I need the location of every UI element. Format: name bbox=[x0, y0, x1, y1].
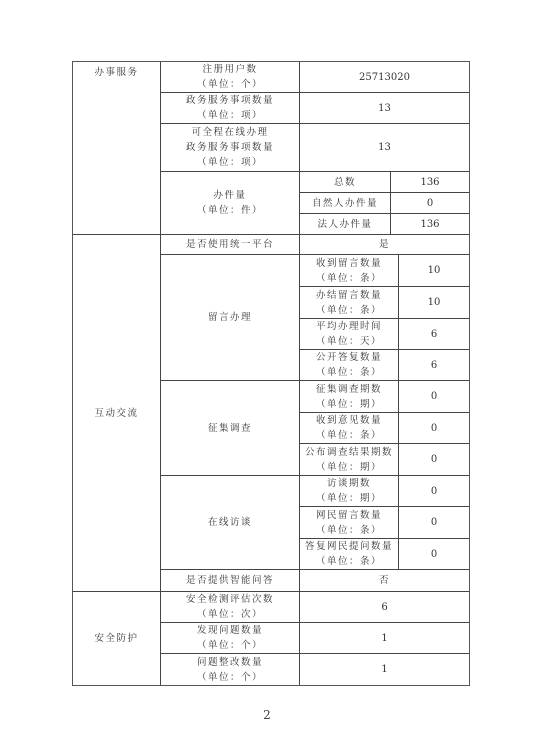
interview-periods-value: 0 bbox=[398, 475, 470, 507]
interview-messages-label: 网民留言数量 （单位：条） bbox=[299, 506, 399, 539]
issues-fixed-value: 1 bbox=[299, 653, 470, 686]
cases-legal-value: 136 bbox=[390, 213, 470, 235]
interview-periods-label: 访谈期数 （单位：期） bbox=[299, 475, 399, 507]
survey-opinions-label: 收到意见数量 （单位：条） bbox=[299, 412, 399, 444]
section-interaction-label: 互动交流 bbox=[72, 234, 161, 592]
survey-results-label: 公布调查结果期数 （单位：期） bbox=[299, 443, 399, 476]
messages-public-value: 6 bbox=[398, 349, 470, 381]
interview-replies-label: 答复网民提问数量 （单位：条） bbox=[299, 538, 399, 570]
survey-periods-value: 0 bbox=[398, 380, 470, 413]
messages-completed-label: 办结留言数量 （单位：条） bbox=[299, 286, 399, 319]
messages-received-value: 10 bbox=[398, 254, 470, 287]
interview-messages-value: 0 bbox=[398, 506, 470, 539]
page-number: 2 bbox=[0, 708, 534, 722]
survey-periods-label: 征集调查期数 （单位：期） bbox=[299, 380, 399, 413]
registered-users-label: 注册用户数 （单位：个） bbox=[160, 61, 300, 93]
unified-platform-value: 是 bbox=[299, 234, 470, 255]
service-items-value: 13 bbox=[299, 92, 470, 124]
messages-public-label: 公开答复数量 （单位：条） bbox=[299, 349, 399, 381]
cases-total-value: 136 bbox=[390, 171, 470, 193]
survey-label: 征集调查 bbox=[160, 380, 300, 476]
messages-label: 留言办理 bbox=[160, 254, 300, 381]
security-checks-label: 安全检测评估次数 （单位：次） bbox=[160, 591, 300, 623]
section-security-label: 安全防护 bbox=[72, 591, 161, 686]
interview-replies-value: 0 bbox=[398, 538, 470, 570]
service-items-label: 政务服务事项数量 （单位：项） bbox=[160, 92, 300, 124]
registered-users-value: 25713020 bbox=[299, 61, 470, 93]
survey-results-value: 0 bbox=[398, 443, 470, 476]
cases-total-label: 总数 bbox=[299, 171, 391, 193]
interview-label: 在线访谈 bbox=[160, 475, 300, 570]
online-items-label: 可全程在线办理 政务服务事项数量 （单位：项） bbox=[160, 123, 300, 172]
security-checks-value: 6 bbox=[299, 591, 470, 623]
cases-label: 办件量 （单位：件） bbox=[160, 171, 300, 235]
section-service-label: 办事服务 bbox=[72, 61, 161, 235]
unified-platform-label: 是否使用统一平台 bbox=[160, 234, 300, 255]
statistics-table: 办事服务 注册用户数 （单位：个） 25713020 政务服务事项数量 （单位：… bbox=[72, 61, 470, 686]
cases-legal-label: 法人办件量 bbox=[299, 213, 391, 235]
cases-natural-label: 自然人办件量 bbox=[299, 192, 391, 214]
issues-found-value: 1 bbox=[299, 622, 470, 654]
online-items-value: 13 bbox=[299, 123, 470, 172]
messages-received-label: 收到留言数量 （单位：条） bbox=[299, 254, 399, 287]
smart-qa-value: 否 bbox=[299, 569, 470, 592]
cases-natural-value: 0 bbox=[390, 192, 470, 214]
messages-avg-time-value: 6 bbox=[398, 318, 470, 350]
issues-fixed-label: 问题整改数量 （单位：个） bbox=[160, 653, 300, 686]
smart-qa-label: 是否提供智能问答 bbox=[160, 569, 300, 592]
survey-opinions-value: 0 bbox=[398, 412, 470, 444]
messages-completed-value: 10 bbox=[398, 286, 470, 319]
messages-avg-time-label: 平均办理时间 （单位：天） bbox=[299, 318, 399, 350]
issues-found-label: 发现问题数量 （单位：个） bbox=[160, 622, 300, 654]
